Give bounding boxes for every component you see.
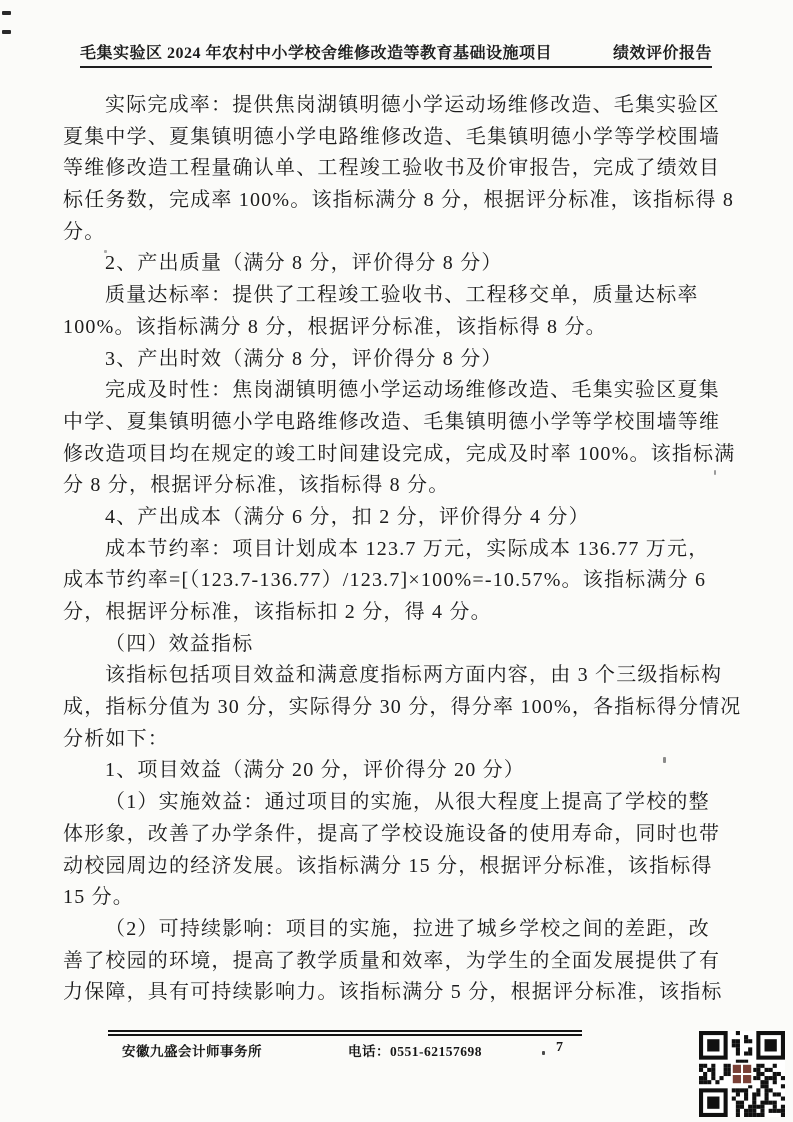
body-line: 2、产出质量（满分 8 分，评价得分 8 分） [63,248,753,280]
body-line: 善了校园的环境，提高了教学质量和效率，为学生的全面发展提供了有 [63,946,753,978]
body-line: 4、产出成本（满分 6 分，扣 2 分，评价得分 4 分） [63,502,753,534]
body-line: 成，指标分值为 30 分，实际得分 30 分，得分率 100%，各指标得分情况 [63,692,753,724]
page-header: 毛集实验区 2024 年农村中小学校舍维修改造等教育基础设施项目 绩效评价报告 [80,40,712,68]
scan-artifact [663,757,666,763]
body-line: 完成及时性：焦岗湖镇明德小学运动场维修改造、毛集实验区夏集 [63,375,753,407]
header-left-title: 毛集实验区 2024 年农村中小学校舍维修改造等教育基础设施项目 [80,40,552,63]
body-line: （1）实施效益：通过项目的实施，从很大程度上提高了学校的整 [63,787,753,819]
body-line: 动校园周边的经济发展。该指标满分 15 分，根据评分标准，该指标得 [63,851,753,883]
body-line: 等维修改造工程量确认单、工程竣工验收书及价审报告，完成了绩效目 [63,153,753,185]
body-line: 成本节约率=[（123.7-136.77）/123.7]×100%=-10.57… [63,565,753,597]
body-line: 实际完成率：提供焦岗湖镇明德小学运动场维修改造、毛集实验区 [63,90,753,122]
page-number: 7 [556,1040,564,1056]
body-line: 标任务数，完成率 100%。该指标满分 8 分，根据评分标准，该指标得 8 [63,185,753,217]
body-line: 成本节约率：项目计划成本 123.7 万元，实际成本 136.77 万元， [63,534,753,566]
body-line: 分析如下： [63,724,753,756]
scan-artifact [542,1051,545,1055]
body-line: 中学、夏集镇明德小学电路维修改造、毛集镇明德小学等学校围墙等维 [63,407,753,439]
body-line: 质量达标率：提供了工程竣工验收书、工程移交单，质量达标率 [63,280,753,312]
body-line: 分 8 分，根据评分标准，该指标得 8 分。 [63,470,753,502]
body-line: 分。 [63,217,753,249]
body-line: 1、项目效益（满分 20 分，评价得分 20 分） [63,755,753,787]
footer-phone: 电话：0551-62157698 [348,1040,482,1060]
qr-center-logo [731,1063,754,1086]
footer-rule [108,1030,582,1036]
qr-code-icon [698,1031,786,1117]
phone-label: 电话： [348,1044,390,1059]
body-line: 该指标包括项目效益和满意度指标两方面内容，由 3 个三级指标构 [63,660,753,692]
document-body: 实际完成率：提供焦岗湖镇明德小学运动场维修改造、毛集实验区夏集中学、夏集镇明德小… [63,90,753,1009]
body-line: 体形象，改善了办学条件，提高了学校设施设备的使用寿命，同时也带 [63,819,753,851]
body-line: 15 分。 [63,882,753,914]
scan-artifact [714,470,716,475]
body-line: （四）效益指标 [63,629,753,661]
body-line: 3、产出时效（满分 8 分，评价得分 8 分） [63,344,753,376]
footer-firm-name: 安徽九盛会计师事务所 [122,1040,262,1060]
report-page: 毛集实验区 2024 年农村中小学校舍维修改造等教育基础设施项目 绩效评价报告 … [0,0,793,1122]
body-line: 力保障，具有可持续影响力。该指标满分 5 分，根据评分标准，该指标 [63,977,753,1009]
body-line: 夏集中学、夏集镇明德小学电路维修改造、毛集镇明德小学等学校围墙 [63,122,753,154]
scan-artifact [104,250,107,253]
body-line: 修改造项目均在规定的竣工时间建设完成，完成及时率 100%。该指标满 [63,439,753,471]
body-line: 100%。该指标满分 8 分，根据评分标准，该指标得 8 分。 [63,312,753,344]
phone-number: 0551-62157698 [390,1044,482,1059]
body-line: 分，根据评分标准，该指标扣 2 分，得 4 分。 [63,597,753,629]
body-line: （2）可持续影响：项目的实施，拉进了城乡学校之间的差距，改 [63,914,753,946]
scan-artifact [2,11,11,15]
scan-artifact [2,30,11,34]
header-right-title: 绩效评价报告 [613,40,712,63]
